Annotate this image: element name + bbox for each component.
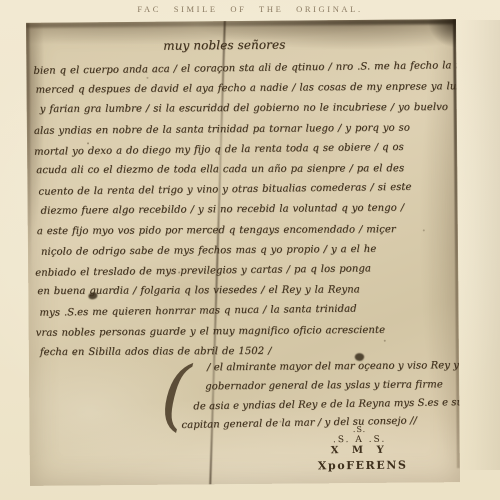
postscript-titles: / el almirante mayor del mar oçeano y vi… [181, 357, 460, 435]
columbus-signature: .S. .S. A .S. X M Y XpoFERENS [318, 425, 402, 473]
plate-corner-top-right [428, 19, 456, 47]
handwriting-line: a este fijo myo vos pido por merced q te… [35, 220, 455, 242]
book-page: FAC SIMILE OF THE ORIGINAL. muy nobles s… [0, 0, 500, 500]
handwriting-line: diezmo fuere algo recebildo / y si no re… [35, 199, 455, 223]
signature-name: XpoFERENS [318, 459, 402, 473]
salutation: muy nobles señores [163, 38, 285, 53]
page-shading [456, 20, 500, 470]
handwriting-line: y farian gra lumbre / si la escuridad de… [34, 98, 454, 120]
postscript-line: / el almirante mayor del mar oçeano y vi… [181, 357, 460, 378]
letter-body: bien q el cuerpo anda aca / el coraçon s… [33, 57, 456, 364]
handwriting-line: vras nobles personas guarde y el muy mag… [36, 320, 456, 344]
plate-caption: FAC SIMILE OF THE ORIGINAL. [0, 4, 500, 14]
plate-edge-top [26, 19, 456, 28]
facsimile-plate: muy nobles señores bien q el cuerpo anda… [26, 19, 460, 486]
paper-speckles [26, 23, 28, 25]
signature-sigil-line: X M Y [318, 445, 402, 457]
plate-edge-left [26, 23, 31, 292]
